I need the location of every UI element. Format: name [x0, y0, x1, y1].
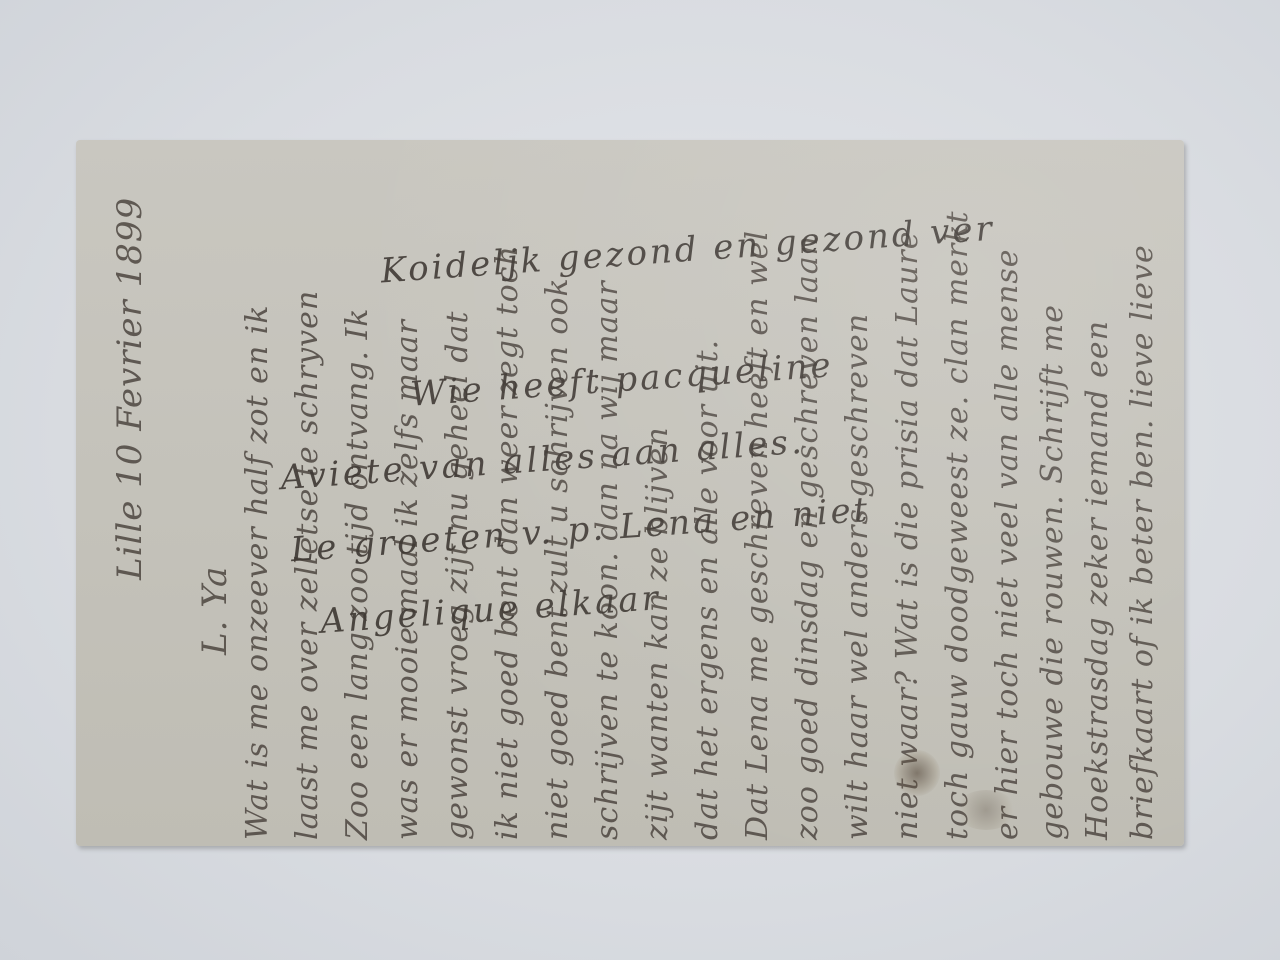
cross-written-line: Le groeten v. p. Lena en niet: [289, 490, 871, 570]
handwriting-column: toch gauw doodgeweest ze. clan merkt: [940, 210, 975, 840]
ink-stain: [956, 790, 1016, 830]
postcard: Lille 10 Fevrier 1899 L. Ya Wat is me on…: [76, 140, 1184, 846]
handwriting-column: L. Ya: [195, 566, 235, 655]
handwriting-column: zijt wanten kan ze blijven: [640, 426, 675, 840]
handwriting-column: Wat is me onzeever half zot en ik: [240, 304, 275, 840]
handwriting-column: niet waar? Wat is die prisia dat Laure: [890, 231, 925, 840]
ink-stain: [894, 750, 940, 796]
handwriting-column: briefkaart of ik beter ben. lieve lieve: [1125, 244, 1160, 840]
handwriting-column: Zoo een lang zoo tijd ontvang. Ik: [340, 308, 375, 840]
handwriting-column: dat het ergens en alle voor uit.: [690, 339, 725, 840]
handwriting-column: Lille 10 Fevrier 1899: [110, 197, 150, 580]
handwriting-column: wilt haar wel anders geschreven: [840, 313, 875, 840]
handwriting-column: Hoekstrasdag zeker iemand een: [1080, 320, 1115, 840]
handwriting-column: zoo goed dinsdag en geschreven laan: [790, 235, 825, 840]
handwriting-column: er hier toch niet veel van alle mense: [990, 248, 1025, 840]
handwriting-column: niet goed bent zult u schrijven ook: [540, 277, 575, 840]
handwriting-column: gebouwe die rouwen. Schrijft me: [1035, 304, 1070, 840]
